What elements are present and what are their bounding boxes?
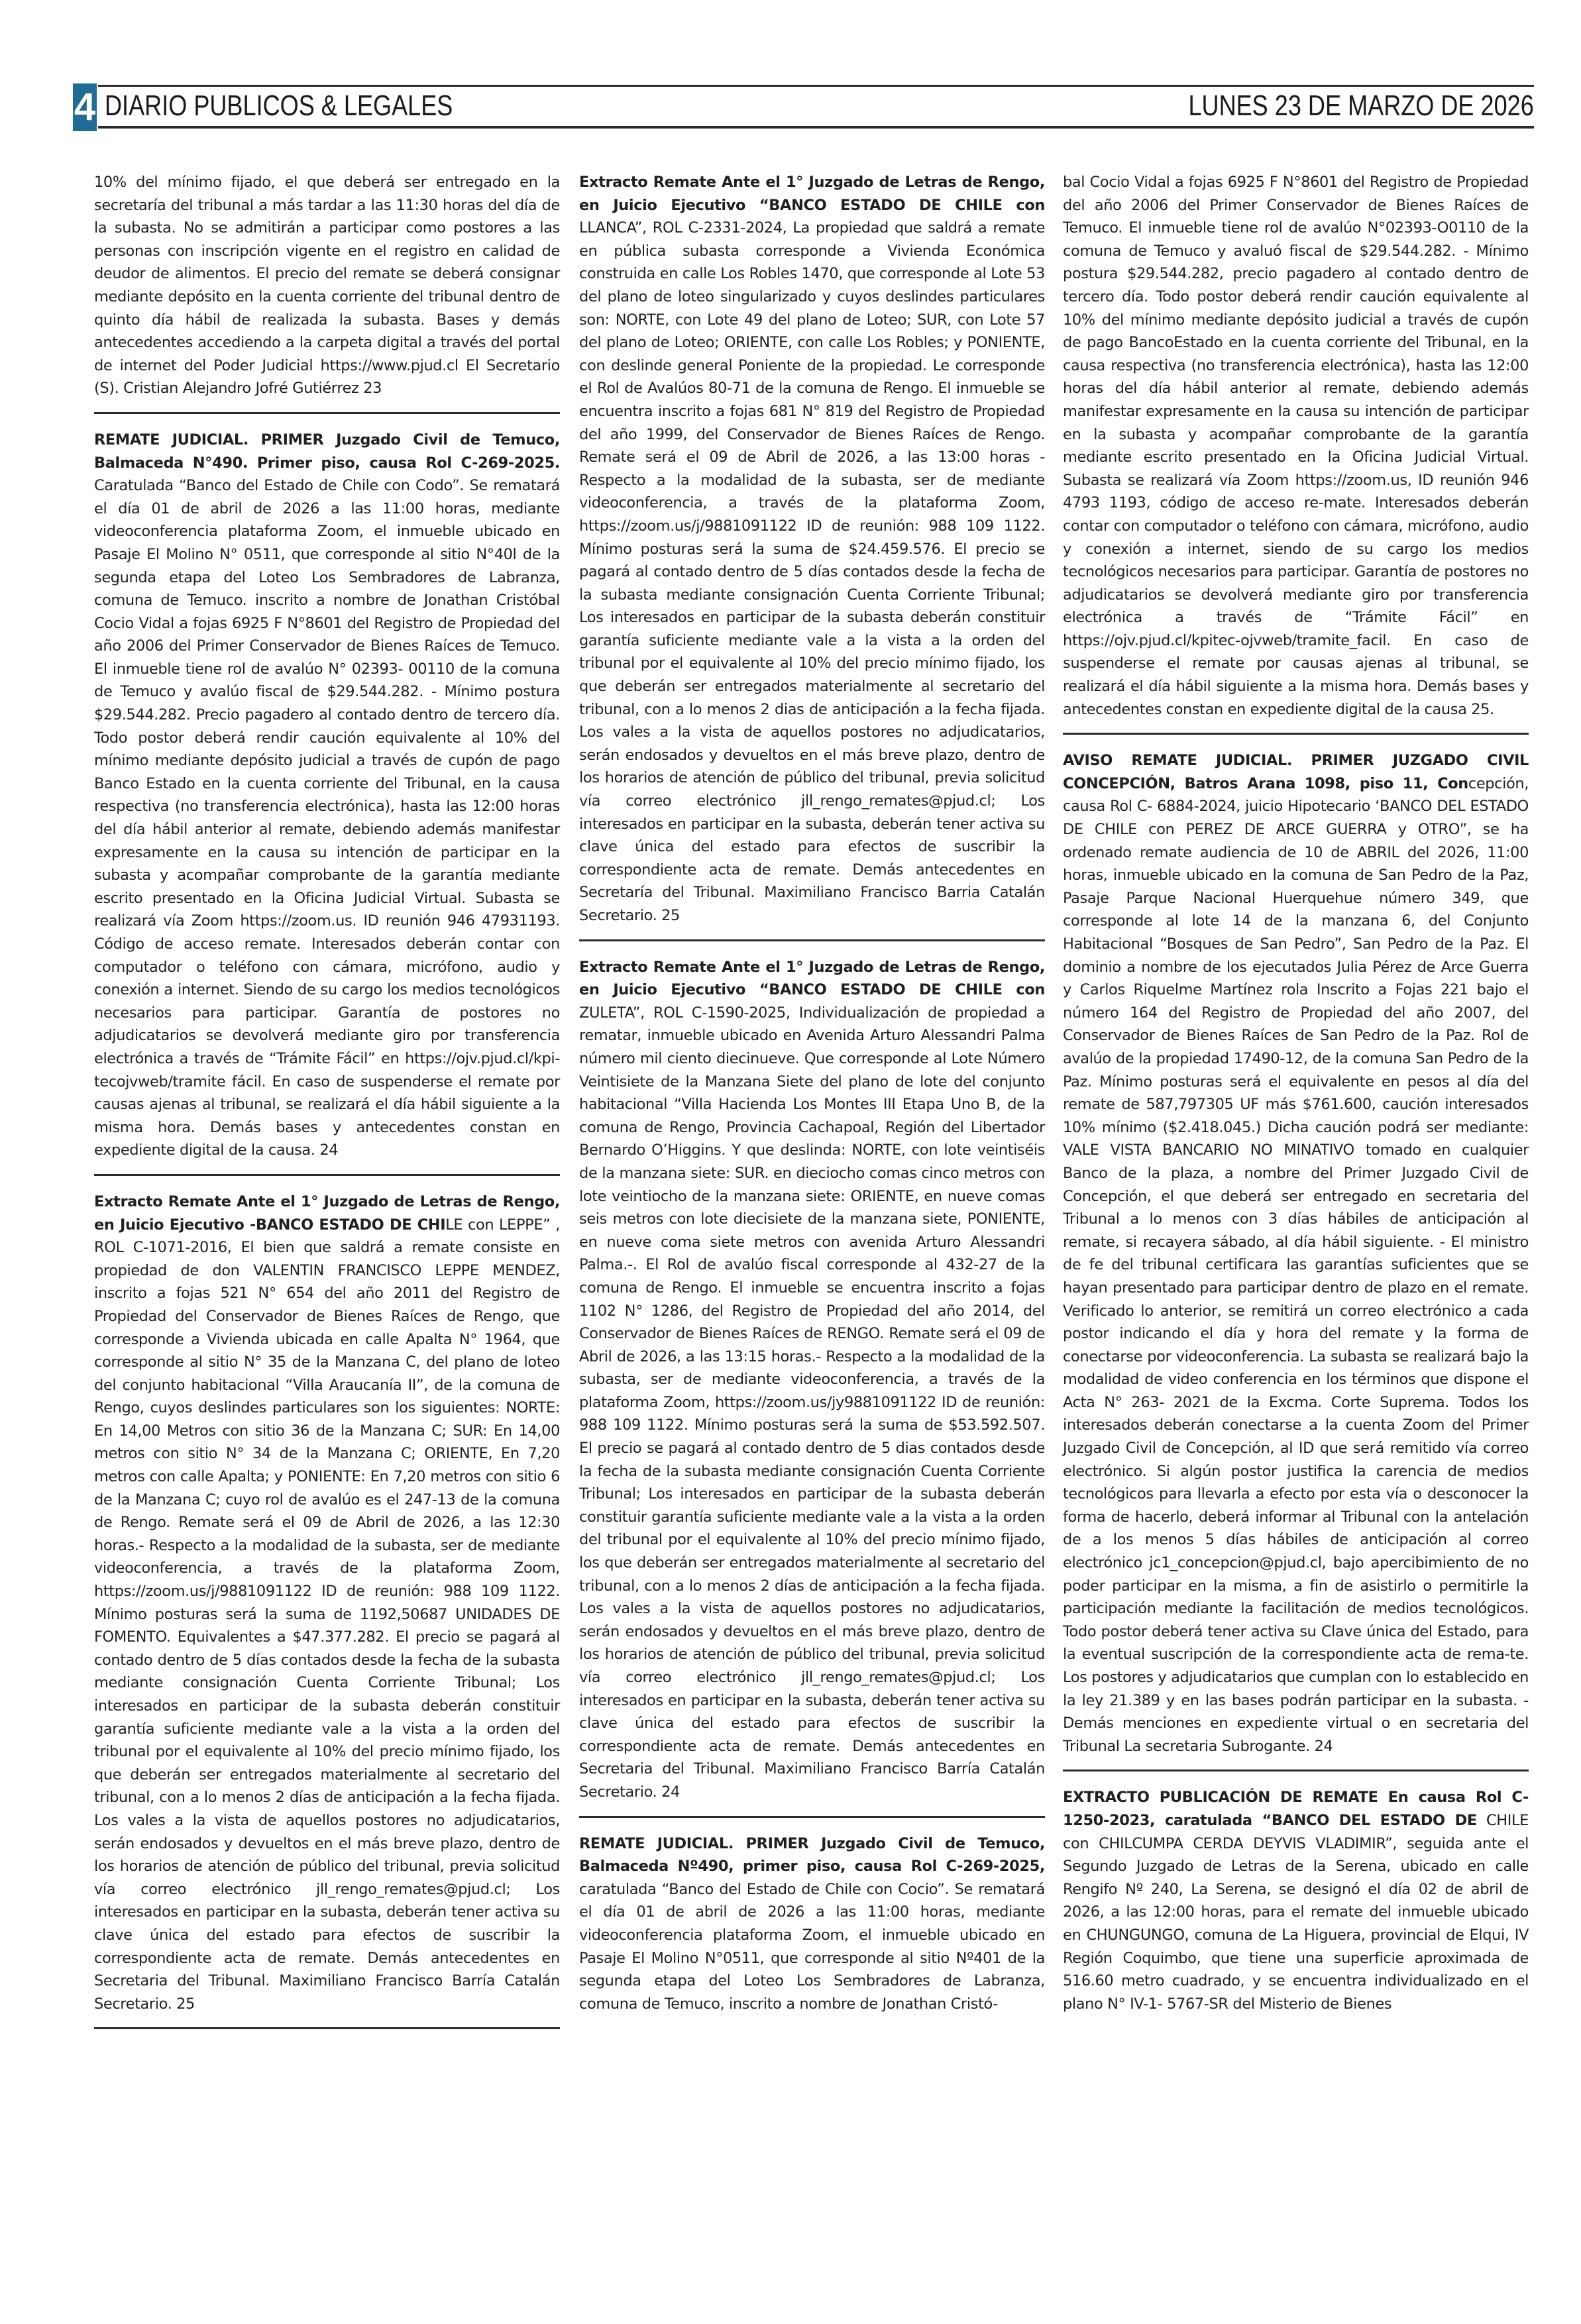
legal-notice: Extracto Remate Ante el 1° Juzgado de Le… <box>579 956 1045 1804</box>
notice-divider <box>94 1174 560 1176</box>
page-header: 4 DIARIO PUBLICOS & LEGALES LUNES 23 DE … <box>73 85 1534 130</box>
legal-notice: 10% del mínimo fijado, el que deberá ser… <box>94 171 560 400</box>
notice-body: LE con LEPPE” , ROL C-1071-2016, El bien… <box>94 1216 560 2013</box>
notice-divider <box>1063 733 1529 735</box>
notice-heading: REMATE JUDICIAL. PRIMER Juzgado Civil de… <box>579 1835 1045 1875</box>
notice-heading: EXTRACTO PUBLICACIÓN DE REMATE En causa … <box>1063 1789 1529 1829</box>
publication-date: LUNES 23 DE MARZO DE 2026 <box>1189 87 1534 125</box>
notice-body: 10% del mínimo fijado, el que deberá ser… <box>94 174 560 397</box>
publication-title: DIARIO PUBLICOS & LEGALES <box>105 87 453 125</box>
legal-notice: EXTRACTO PUBLICACIÓN DE REMATE En causa … <box>1063 1786 1529 2015</box>
legal-notice: AVISO REMATE JUDICIAL. PRIMER JUZGADO CI… <box>1063 749 1529 1758</box>
notice-body: caratulada “Banco del Estado de Chile co… <box>579 1881 1045 2013</box>
legal-notice: Extracto Remate Ante el 1° Juzgado de Le… <box>94 1190 560 2015</box>
notice-body: bal Cocio Vidal a fojas 6925 F N°8601 de… <box>1063 174 1529 718</box>
notice-heading: Extracto Remate Ante el 1° Juzgado de Le… <box>579 174 1045 214</box>
notice-body: CHILE con CHILCUMPA CERDA DEYVIS VLADIMI… <box>1063 1812 1529 2013</box>
notice-divider <box>94 412 560 414</box>
notice-heading: REMATE JUDICIAL. PRIMER Juzgado Civil de… <box>94 431 560 472</box>
notice-body: ZULETA”, ROL C-1590-2025, Individualizac… <box>579 1004 1045 1801</box>
page-number-badge: 4 <box>73 83 97 131</box>
legal-notice: REMATE JUDICIAL. PRIMER Juzgado Civil de… <box>94 429 560 1162</box>
legal-notice: REMATE JUDICIAL. PRIMER Juzgado Civil de… <box>579 1832 1045 2016</box>
column-3: bal Cocio Vidal a fojas 6925 F N°8601 de… <box>1063 171 1529 2015</box>
legal-notice: bal Cocio Vidal a fojas 6925 F N°8601 de… <box>1063 171 1529 721</box>
notice-heading: AVISO REMATE JUDICIAL. PRIMER JUZGADO CI… <box>1063 752 1529 792</box>
legal-notice: Extracto Remate Ante el 1° Juzgado de Le… <box>579 171 1045 927</box>
notice-divider <box>579 1816 1045 1818</box>
column-2: Extracto Remate Ante el 1° Juzgado de Le… <box>579 171 1045 2015</box>
notice-body: LLANCA”, ROL C-2331-2024, La propiedad q… <box>579 219 1045 924</box>
notice-divider <box>1063 1769 1529 1771</box>
notice-body: Caratulada “Banco del Estado de Chile co… <box>94 477 560 1159</box>
notice-heading: Extracto Remate Ante el 1° Juzgado de Le… <box>579 959 1045 999</box>
notice-body: cepción, causa Rol C- 6884-2024, juicio … <box>1063 775 1529 1755</box>
header-rule-top <box>98 85 1534 87</box>
header-rule-bottom <box>98 126 1534 129</box>
notice-divider <box>579 939 1045 941</box>
notice-divider <box>94 2027 560 2029</box>
column-1: 10% del mínimo fijado, el que deberá ser… <box>94 171 560 2044</box>
